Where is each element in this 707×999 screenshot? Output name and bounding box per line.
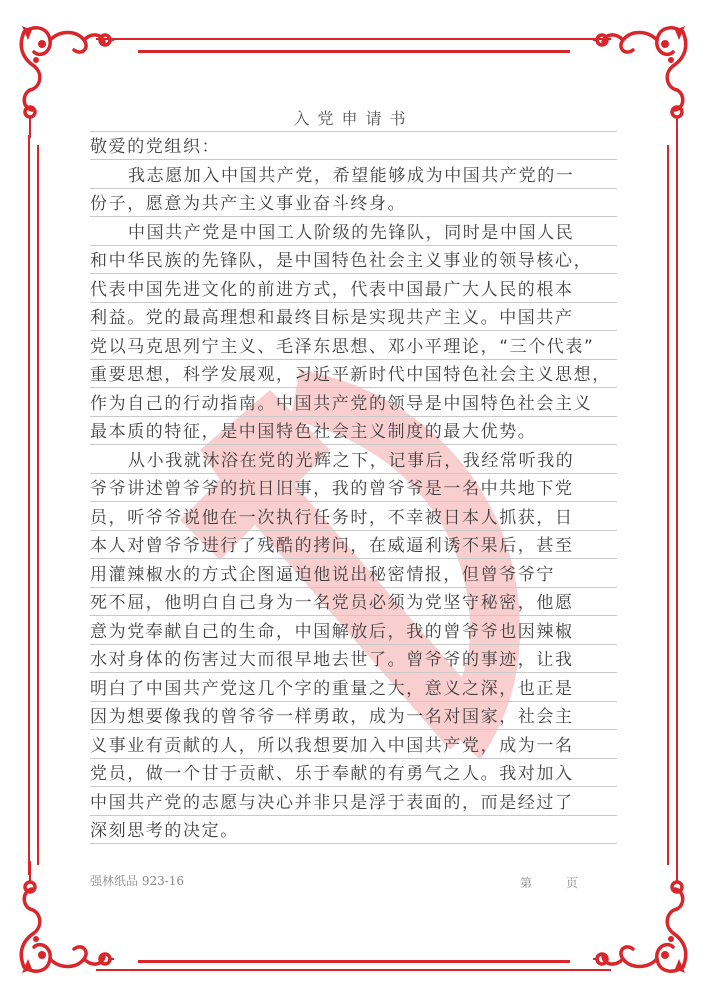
text-line: 和中华民族的先锋队，是中国特色社会主义事业的领导核心， (90, 246, 617, 275)
paragraph-line: 员，听爷爷说他在一次执行任务时，不幸被日本人抓获，日 (90, 503, 617, 528)
border-line-bottom-outer (96, 969, 611, 971)
document-title: 入党申请书 (90, 106, 617, 129)
paragraph-line: 死不屈，他明白自己身为一名党员必须为党坚守秘密，他愿 (90, 588, 617, 613)
text-line: 重要思想，科学发展观，习近平新时代中国特色社会主义思想， (90, 360, 617, 389)
paragraph-line: 意为党奉献自己的生命，中国解放后，我的曾爷爷也因辣椒 (90, 617, 617, 642)
paragraph-line: 最本质的特征，是中国特色社会主义制度的最大优势。 (90, 417, 617, 442)
text-line: 死不屈，他明白自己身为一名党员必须为党坚守秘密，他愿 (90, 588, 617, 617)
border-line-right-inner (667, 145, 669, 865)
border-line-right-outer (676, 135, 678, 875)
text-line: 因为想要像我的曾爷爷一样勇敢，成为一名对国家，社会主 (90, 702, 617, 731)
text-line: 党以马克思列宁主义、毛泽东思想、邓小平理论，“三个代表” (90, 331, 617, 360)
paragraph-line: 作为自己的行动指南。中国共产党的领导是中国特色社会主义 (90, 389, 617, 414)
paragraph-line: 爷爷讲述曾爷爷的抗日旧事，我的曾爷爷是一名中共地下党 (90, 474, 617, 499)
text-line: 本人对曾爷爷进行了残酷的拷问，在威逼利诱不果后，甚至 (90, 531, 617, 560)
text-line: 作为自己的行动指南。中国共产党的领导是中国特色社会主义 (90, 388, 617, 417)
paragraph-line: 明白了中国共产党这几个字的重量之大，意义之深，也正是 (90, 674, 617, 699)
paragraph-line: 利益。党的最高理想和最终目标是实现共产主义。中国共产 (90, 303, 617, 328)
text-line: 用灌辣椒水的方式企图逼迫他说出秘密情报，但曾爷爷宁 (90, 559, 617, 588)
text-line: 爷爷讲述曾爷爷的抗日旧事，我的曾爷爷是一名中共地下党 (90, 474, 617, 503)
text-line: 水对身体的伤害过大而很早地去世了。曾爷爷的事迹，让我 (90, 645, 617, 674)
border-line-top-outer (96, 38, 611, 40)
border-line-left-inner (37, 145, 39, 865)
paragraph-line: 因为想要像我的曾爷爷一样勇敢，成为一名对国家，社会主 (90, 702, 617, 727)
text-line: 明白了中国共产党这几个字的重量之大，意义之深，也正是 (90, 673, 617, 702)
text-line: 中国共产党是中国工人阶级的先锋队，同时是中国人民 (90, 217, 617, 246)
page-number-label: 第 页 (520, 874, 578, 891)
border-line-bottom-inner (138, 960, 570, 963)
paragraph-line: 我志愿加入中国共产党，希望能够成为中国共产党的一 (90, 161, 617, 186)
border-line-left-outer (28, 135, 30, 875)
paragraph-line: 份子，愿意为共产主义事业奋斗终身。 (90, 189, 617, 214)
paragraph-line: 中国共产党的志愿与决心并非只是浮于表面的，而是经过了 (90, 788, 617, 813)
text-line: 最本质的特征，是中国特色社会主义制度的最大优势。 (90, 417, 617, 446)
border-line-top-inner (138, 50, 570, 53)
paragraph-line: 党以马克思列宁主义、毛泽东思想、邓小平理论，“三个代表” (90, 332, 617, 357)
paragraph-line: 用灌辣椒水的方式企图逼迫他说出秘密情报，但曾爷爷宁 (90, 560, 617, 585)
paragraph-line: 党员，做一个甘于贡献、乐于奉献的有勇气之人。我对加入 (90, 759, 617, 784)
paragraph-line: 代表中国先进文化的前进方式，代表中国最广大人民的根本 (90, 275, 617, 300)
paragraph-line: 水对身体的伤害过大而很早地去世了。曾爷爷的事迹，让我 (90, 645, 617, 670)
salutation: 敬爱的党组织： (90, 132, 617, 157)
paper-brand-label: 强林纸品 923-16 (90, 872, 184, 889)
text-line: 利益。党的最高理想和最终目标是实现共产主义。中国共产 (90, 303, 617, 332)
text-line: 党员，做一个甘于贡献、乐于奉献的有勇气之人。我对加入 (90, 759, 617, 788)
text-line: 我志愿加入中国共产党，希望能够成为中国共产党的一 (90, 160, 617, 189)
paragraph-line: 中国共产党是中国工人阶级的先锋队，同时是中国人民 (90, 218, 617, 243)
ornament-corner-icon (593, 861, 693, 981)
text-line: 深刻思考的决定。 (90, 816, 617, 845)
paragraph-line: 义事业有贡献的人，所以我想要加入中国共产党，成为一名 (90, 731, 617, 756)
paragraph-line: 从小我就沐浴在党的光辉之下，记事后，我经常听我的 (90, 446, 617, 471)
document-title-row: 入党申请书 (90, 103, 617, 132)
application-letter-page: 入党申请书 敬爱的党组织： 我志愿加入中国共产党，希望能够成为中国共产党的一 份… (0, 0, 707, 999)
text-line: 代表中国先进文化的前进方式，代表中国最广大人民的根本 (90, 274, 617, 303)
text-line: 份子，愿意为共产主义事业奋斗终身。 (90, 189, 617, 218)
text-line: 义事业有贡献的人，所以我想要加入中国共产党，成为一名 (90, 730, 617, 759)
paragraph-line: 重要思想，科学发展观，习近平新时代中国特色社会主义思想， (90, 360, 617, 385)
text-line: 从小我就沐浴在党的光辉之下，记事后，我经常听我的 (90, 445, 617, 474)
text-line: 敬爱的党组织： (90, 132, 617, 161)
text-line: 意为党奉献自己的生命，中国解放后，我的曾爷爷也因辣椒 (90, 616, 617, 645)
paragraph-line: 本人对曾爷爷进行了残酷的拷问，在威逼利诱不果后，甚至 (90, 531, 617, 556)
paragraph-line: 和中华民族的先锋队，是中国特色社会主义事业的领导核心， (90, 246, 617, 271)
text-line: 员，听爷爷说他在一次执行任务时，不幸被日本人抓获，日 (90, 502, 617, 531)
paragraph-line: 深刻思考的决定。 (90, 816, 617, 841)
ruled-lines: 入党申请书 敬爱的党组织： 我志愿加入中国共产党，希望能够成为中国共产党的一 份… (90, 103, 617, 844)
text-line: 中国共产党的志愿与决心并非只是浮于表面的，而是经过了 (90, 787, 617, 816)
